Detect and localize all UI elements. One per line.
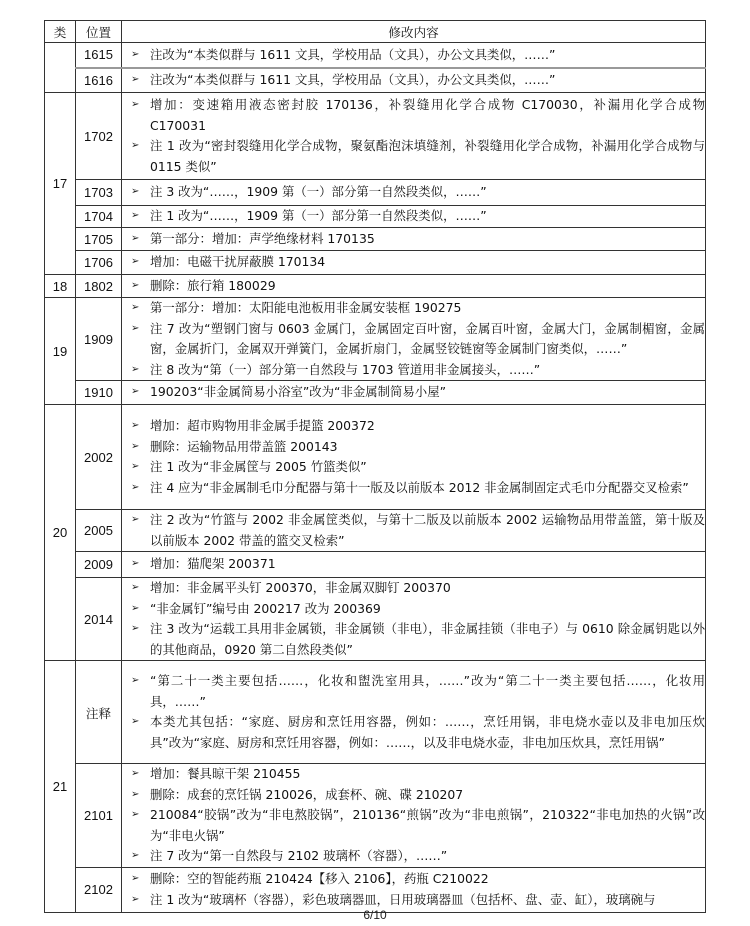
- table-row: 1706➢增加：电磁干扰屏蔽膜 170134: [45, 251, 706, 275]
- change-text: 本类尤其包括：“家庭、厨房和烹饪用容器，例如：……，烹饪用锅，非电烧水壶以及非电…: [150, 714, 705, 750]
- header-row: 类 位置 修改内容: [45, 21, 706, 43]
- table-row: 1705➢第一部分：增加：声学绝缘材料 170135: [45, 228, 706, 251]
- list-item: ➢增加：超市购物用非金属手提篮 200372: [122, 416, 705, 437]
- arrowhead-bullet-icon: ➢: [131, 360, 139, 381]
- arrowhead-bullet-icon: ➢: [131, 95, 139, 116]
- arrowhead-bullet-icon: ➢: [131, 70, 139, 91]
- list-item: ➢注 7 改为“塑钢门窗与 0603 金属门，金属固定百叶窗，金属百叶窗，金属大…: [122, 319, 705, 360]
- list-item: ➢本类尤其包括：“家庭、厨房和烹饪用容器，例如：……，烹饪用锅，非电烧水壶以及非…: [122, 712, 705, 753]
- arrowhead-bullet-icon: ➢: [131, 671, 139, 692]
- change-text: 第一部分：增加：太阳能电池板用非金属安装框 190275: [150, 300, 461, 315]
- change-list: ➢删除：旅行箱 180029: [122, 276, 705, 297]
- change-list: ➢增加：餐具晾干架 210455➢删除：成套的烹饪锅 210026，成套杯、碗、…: [122, 764, 705, 867]
- content-cell: ➢“第二十一类主要包括……，化妆和盥洗室用具，……”改为“第二十一类主要包括………: [122, 661, 706, 764]
- content-cell: ➢增加：非金属平头钉 200370，非金属双脚钉 200370➢“非金属钉”编号…: [122, 578, 706, 661]
- position-cell: 1615: [76, 43, 122, 68]
- position-cell: 2102: [76, 867, 122, 912]
- arrowhead-bullet-icon: ➢: [131, 805, 139, 826]
- content-cell: ➢增加：超市购物用非金属手提篮 200372➢删除：运输物品用带盖篮 20014…: [122, 405, 706, 510]
- table-row: 2014➢增加：非金属平头钉 200370，非金属双脚钉 200370➢“非金属…: [45, 578, 706, 661]
- category-cell: 21: [45, 661, 76, 913]
- change-list: ➢第一部分：增加：太阳能电池板用非金属安装框 190275➢注 7 改为“塑钢门…: [122, 298, 705, 380]
- list-item: ➢注改为“本类似群与 1611 文具，学校用品（文具），办公文具类似，……”: [122, 70, 705, 91]
- change-text: 注 3 改为“……，1909 第（一）部分第一自然段类似，……”: [150, 184, 487, 199]
- table-body: 1615➢注改为“本类似群与 1611 文具，学校用品（文具），办公文具类似，……: [45, 43, 706, 913]
- position-cell: 2009: [76, 552, 122, 578]
- list-item: ➢删除：成套的烹饪锅 210026，成套杯、碗、碟 210207: [122, 785, 705, 806]
- position-cell: 1703: [76, 180, 122, 206]
- table-row: 171702➢增加：变速箱用液态密封胶 170136，补裂缝用化学合成物 C17…: [45, 93, 706, 180]
- arrowhead-bullet-icon: ➢: [131, 437, 139, 458]
- change-list: ➢第一部分：增加：声学绝缘材料 170135: [122, 229, 705, 250]
- change-text: 注 1 改为“……，1909 第（一）部分第一自然段类似，……”: [150, 208, 487, 223]
- content-cell: ➢删除：空的智能药瓶 210424【移入 2106】，药瓶 C210022➢注 …: [122, 867, 706, 912]
- arrowhead-bullet-icon: ➢: [131, 599, 139, 620]
- change-list: ➢“第二十一类主要包括……，化妆和盥洗室用具，……”改为“第二十一类主要包括………: [122, 671, 705, 753]
- change-text: “非金属钉”编号由 200217 改为 200369: [150, 601, 381, 616]
- change-list: ➢增加：电磁干扰屏蔽膜 170134: [122, 252, 705, 273]
- change-text: 注改为“本类似群与 1611 文具，学校用品（文具），办公文具类似，……”: [150, 47, 555, 62]
- arrowhead-bullet-icon: ➢: [131, 416, 139, 437]
- change-text: 注 3 改为“运载工具用非金属锁，非金属锁（非电），非金属挂锁（非电子）与 06…: [150, 621, 705, 657]
- content-cell: ➢注改为“本类似群与 1611 文具，学校用品（文具），办公文具类似，……”: [122, 68, 706, 93]
- table-row: 21注释➢“第二十一类主要包括……，化妆和盥洗室用具，……”改为“第二十一类主要…: [45, 661, 706, 764]
- list-item: ➢注改为“本类似群与 1611 文具，学校用品（文具），办公文具类似，……”: [122, 45, 705, 66]
- change-text: “第二十一类主要包括……，化妆和盥洗室用具，……”改为“第二十一类主要包括……，…: [150, 673, 705, 709]
- category-cell: 20: [45, 405, 76, 661]
- list-item: ➢增加：猫爬架 200371: [122, 554, 705, 575]
- table-row: 2101➢增加：餐具晾干架 210455➢删除：成套的烹饪锅 210026，成套…: [45, 764, 706, 868]
- list-item: ➢注 1 改为“密封裂缝用化学合成物，聚氨酯泡沫填缝剂，补裂缝用化学合成物，补漏…: [122, 136, 705, 177]
- position-cell: 1706: [76, 251, 122, 275]
- list-item: ➢第一部分：增加：太阳能电池板用非金属安装框 190275: [122, 298, 705, 319]
- position-cell: 1909: [76, 298, 122, 381]
- change-text: 注 1 改为“玻璃杯（容器），彩色玻璃器皿，日用玻璃器皿（包括杯、盘、壶、缸），…: [150, 892, 655, 907]
- change-text: 注 1 改为“非金属筐与 2005 竹篮类似”: [150, 459, 367, 474]
- change-text: 190203“非金属简易小浴室”改为“非金属制简易小屋”: [150, 384, 446, 399]
- change-text: 注 7 改为“第一自然段与 2102 玻璃杯（容器），……”: [150, 848, 447, 863]
- change-text: 注 7 改为“塑钢门窗与 0603 金属门，金属固定百叶窗，金属百叶窗，金属大门…: [150, 321, 705, 357]
- arrowhead-bullet-icon: ➢: [131, 869, 139, 890]
- arrowhead-bullet-icon: ➢: [131, 136, 139, 157]
- revision-table: 类 位置 修改内容 1615➢注改为“本类似群与 1611 文具，学校用品（文具…: [44, 20, 706, 913]
- position-cell: 注释: [76, 661, 122, 764]
- content-cell: ➢增加：猫爬架 200371: [122, 552, 706, 578]
- list-item: ➢注 4 应为“非金属制毛巾分配器与第十一版及以前版本 2012 非金属制固定式…: [122, 478, 705, 499]
- category-cell: [45, 43, 76, 93]
- content-cell: ➢第一部分：增加：声学绝缘材料 170135: [122, 228, 706, 251]
- change-list: ➢注改为“本类似群与 1611 文具，学校用品（文具），办公文具类似，……”: [122, 45, 705, 66]
- position-cell: 2002: [76, 405, 122, 510]
- table-row: 181802➢删除：旅行箱 180029: [45, 275, 706, 298]
- change-text: 210084“胶锅”改为“非电熬胶锅”，210136“煎锅”改为“非电煎锅”，2…: [150, 807, 705, 843]
- arrowhead-bullet-icon: ➢: [131, 182, 139, 203]
- arrowhead-bullet-icon: ➢: [131, 457, 139, 478]
- position-cell: 1704: [76, 206, 122, 228]
- position-cell: 1616: [76, 68, 122, 93]
- list-item: ➢注 8 改为“第（一）部分第一自然段与 1703 管道用非金属接头，……”: [122, 360, 705, 381]
- change-text: 增加：非金属平头钉 200370，非金属双脚钉 200370: [150, 580, 451, 595]
- arrowhead-bullet-icon: ➢: [131, 382, 139, 403]
- page-number: 6/10: [0, 908, 750, 922]
- position-cell: 1802: [76, 275, 122, 298]
- list-item: ➢增加：变速箱用液态密封胶 170136，补裂缝用化学合成物 C170030，补…: [122, 95, 705, 136]
- header-category: 类: [45, 21, 76, 43]
- list-item: ➢注 7 改为“第一自然段与 2102 玻璃杯（容器），……”: [122, 846, 705, 867]
- arrowhead-bullet-icon: ➢: [131, 619, 139, 640]
- list-item: ➢注 1 改为“……，1909 第（一）部分第一自然段类似，……”: [122, 206, 705, 227]
- position-cell: 1702: [76, 93, 122, 180]
- arrowhead-bullet-icon: ➢: [131, 578, 139, 599]
- change-list: ➢增加：超市购物用非金属手提篮 200372➢删除：运输物品用带盖篮 20014…: [122, 416, 705, 498]
- change-text: 删除：成套的烹饪锅 210026，成套杯、碗、碟 210207: [150, 787, 463, 802]
- list-item: ➢注 3 改为“运载工具用非金属锁，非金属锁（非电），非金属挂锁（非电子）与 0…: [122, 619, 705, 660]
- change-list: ➢增加：变速箱用液态密封胶 170136，补裂缝用化学合成物 C170030，补…: [122, 95, 705, 177]
- change-text: 增加：猫爬架 200371: [150, 556, 276, 571]
- arrowhead-bullet-icon: ➢: [131, 478, 139, 499]
- arrowhead-bullet-icon: ➢: [131, 276, 139, 297]
- content-cell: ➢删除：旅行箱 180029: [122, 275, 706, 298]
- change-text: 第一部分：增加：声学绝缘材料 170135: [150, 231, 375, 246]
- content-cell: ➢增加：变速箱用液态密封胶 170136，补裂缝用化学合成物 C170030，补…: [122, 93, 706, 180]
- list-item: ➢“非金属钉”编号由 200217 改为 200369: [122, 599, 705, 620]
- position-cell: 2014: [76, 578, 122, 661]
- arrowhead-bullet-icon: ➢: [131, 45, 139, 66]
- change-text: 删除：空的智能药瓶 210424【移入 2106】，药瓶 C210022: [150, 871, 489, 886]
- header-position: 位置: [76, 21, 122, 43]
- arrowhead-bullet-icon: ➢: [131, 712, 139, 733]
- arrowhead-bullet-icon: ➢: [131, 846, 139, 867]
- change-list: ➢增加：非金属平头钉 200370，非金属双脚钉 200370➢“非金属钉”编号…: [122, 578, 705, 660]
- position-cell: 2005: [76, 510, 122, 552]
- table-row: 1616➢注改为“本类似群与 1611 文具，学校用品（文具），办公文具类似，……: [45, 68, 706, 93]
- change-text: 增加：超市购物用非金属手提篮 200372: [150, 418, 375, 433]
- change-text: 增加：变速箱用液态密封胶 170136，补裂缝用化学合成物 C170030，补漏…: [150, 97, 705, 133]
- list-item: ➢注 3 改为“……，1909 第（一）部分第一自然段类似，……”: [122, 182, 705, 203]
- arrowhead-bullet-icon: ➢: [131, 554, 139, 575]
- category-cell: 17: [45, 93, 76, 275]
- arrowhead-bullet-icon: ➢: [131, 890, 139, 911]
- arrowhead-bullet-icon: ➢: [131, 510, 139, 531]
- list-item: ➢注 1 改为“玻璃杯（容器），彩色玻璃器皿，日用玻璃器皿（包括杯、盘、壶、缸）…: [122, 890, 705, 911]
- list-item: ➢删除：运输物品用带盖篮 200143: [122, 437, 705, 458]
- list-item: ➢增加：电磁干扰屏蔽膜 170134: [122, 252, 705, 273]
- list-item: ➢注 1 改为“非金属筐与 2005 竹篮类似”: [122, 457, 705, 478]
- content-cell: ➢第一部分：增加：太阳能电池板用非金属安装框 190275➢注 7 改为“塑钢门…: [122, 298, 706, 381]
- header-content: 修改内容: [122, 21, 706, 43]
- change-list: ➢注 2 改为“竹篮与 2002 非金属筐类似，与第十二版及以前版本 2002 …: [122, 510, 705, 551]
- arrowhead-bullet-icon: ➢: [131, 764, 139, 785]
- change-text: 注改为“本类似群与 1611 文具，学校用品（文具），办公文具类似，……”: [150, 72, 555, 87]
- change-text: 注 1 改为“密封裂缝用化学合成物，聚氨酯泡沫填缝剂，补裂缝用化学合成物，补漏用…: [150, 138, 705, 174]
- content-cell: ➢注 1 改为“……，1909 第（一）部分第一自然段类似，……”: [122, 206, 706, 228]
- table-row: 191909➢第一部分：增加：太阳能电池板用非金属安装框 190275➢注 7 …: [45, 298, 706, 381]
- list-item: ➢第一部分：增加：声学绝缘材料 170135: [122, 229, 705, 250]
- table-row: 202002➢增加：超市购物用非金属手提篮 200372➢删除：运输物品用带盖篮…: [45, 405, 706, 510]
- table-row: 1703➢注 3 改为“……，1909 第（一）部分第一自然段类似，……”: [45, 180, 706, 206]
- content-cell: ➢190203“非金属简易小浴室”改为“非金属制简易小屋”: [122, 381, 706, 405]
- list-item: ➢190203“非金属简易小浴室”改为“非金属制简易小屋”: [122, 382, 705, 403]
- change-list: ➢注改为“本类似群与 1611 文具，学校用品（文具），办公文具类似，……”: [122, 70, 705, 91]
- list-item: ➢“第二十一类主要包括……，化妆和盥洗室用具，……”改为“第二十一类主要包括………: [122, 671, 705, 712]
- content-cell: ➢增加：餐具晾干架 210455➢删除：成套的烹饪锅 210026，成套杯、碗、…: [122, 764, 706, 868]
- change-text: 注 8 改为“第（一）部分第一自然段与 1703 管道用非金属接头，……”: [150, 362, 540, 377]
- change-text: 删除：运输物品用带盖篮 200143: [150, 439, 338, 454]
- change-list: ➢增加：猫爬架 200371: [122, 554, 705, 575]
- arrowhead-bullet-icon: ➢: [131, 319, 139, 340]
- category-cell: 18: [45, 275, 76, 298]
- content-cell: ➢增加：电磁干扰屏蔽膜 170134: [122, 251, 706, 275]
- list-item: ➢删除：旅行箱 180029: [122, 276, 705, 297]
- content-cell: ➢注 3 改为“……，1909 第（一）部分第一自然段类似，……”: [122, 180, 706, 206]
- arrowhead-bullet-icon: ➢: [131, 206, 139, 227]
- change-list: ➢190203“非金属简易小浴室”改为“非金属制简易小屋”: [122, 382, 705, 403]
- change-list: ➢注 1 改为“……，1909 第（一）部分第一自然段类似，……”: [122, 206, 705, 227]
- arrowhead-bullet-icon: ➢: [131, 252, 139, 273]
- table-row: 1910➢190203“非金属简易小浴室”改为“非金属制简易小屋”: [45, 381, 706, 405]
- table-row: 1615➢注改为“本类似群与 1611 文具，学校用品（文具），办公文具类似，……: [45, 43, 706, 68]
- change-text: 增加：电磁干扰屏蔽膜 170134: [150, 254, 325, 269]
- list-item: ➢210084“胶锅”改为“非电熬胶锅”，210136“煎锅”改为“非电煎锅”，…: [122, 805, 705, 846]
- position-cell: 1910: [76, 381, 122, 405]
- list-item: ➢删除：空的智能药瓶 210424【移入 2106】，药瓶 C210022: [122, 869, 705, 890]
- content-cell: ➢注改为“本类似群与 1611 文具，学校用品（文具），办公文具类似，……”: [122, 43, 706, 68]
- position-cell: 1705: [76, 228, 122, 251]
- change-text: 删除：旅行箱 180029: [150, 278, 276, 293]
- list-item: ➢增加：非金属平头钉 200370，非金属双脚钉 200370: [122, 578, 705, 599]
- table-row: 2009➢增加：猫爬架 200371: [45, 552, 706, 578]
- table-row: 2005➢注 2 改为“竹篮与 2002 非金属筐类似，与第十二版及以前版本 2…: [45, 510, 706, 552]
- list-item: ➢增加：餐具晾干架 210455: [122, 764, 705, 785]
- position-cell: 2101: [76, 764, 122, 868]
- list-item: ➢注 2 改为“竹篮与 2002 非金属筐类似，与第十二版及以前版本 2002 …: [122, 510, 705, 551]
- content-cell: ➢注 2 改为“竹篮与 2002 非金属筐类似，与第十二版及以前版本 2002 …: [122, 510, 706, 552]
- change-text: 注 2 改为“竹篮与 2002 非金属筐类似，与第十二版及以前版本 2002 运…: [150, 512, 705, 548]
- change-text: 增加：餐具晾干架 210455: [150, 766, 300, 781]
- change-text: 注 4 应为“非金属制毛巾分配器与第十一版及以前版本 2012 非金属制固定式毛…: [150, 480, 689, 495]
- table-row: 2102➢删除：空的智能药瓶 210424【移入 2106】，药瓶 C21002…: [45, 867, 706, 912]
- arrowhead-bullet-icon: ➢: [131, 785, 139, 806]
- change-list: ➢删除：空的智能药瓶 210424【移入 2106】，药瓶 C210022➢注 …: [122, 869, 705, 910]
- category-cell: 19: [45, 298, 76, 405]
- arrowhead-bullet-icon: ➢: [131, 229, 139, 250]
- arrowhead-bullet-icon: ➢: [131, 298, 139, 319]
- table-row: 1704➢注 1 改为“……，1909 第（一）部分第一自然段类似，……”: [45, 206, 706, 228]
- change-list: ➢注 3 改为“……，1909 第（一）部分第一自然段类似，……”: [122, 182, 705, 203]
